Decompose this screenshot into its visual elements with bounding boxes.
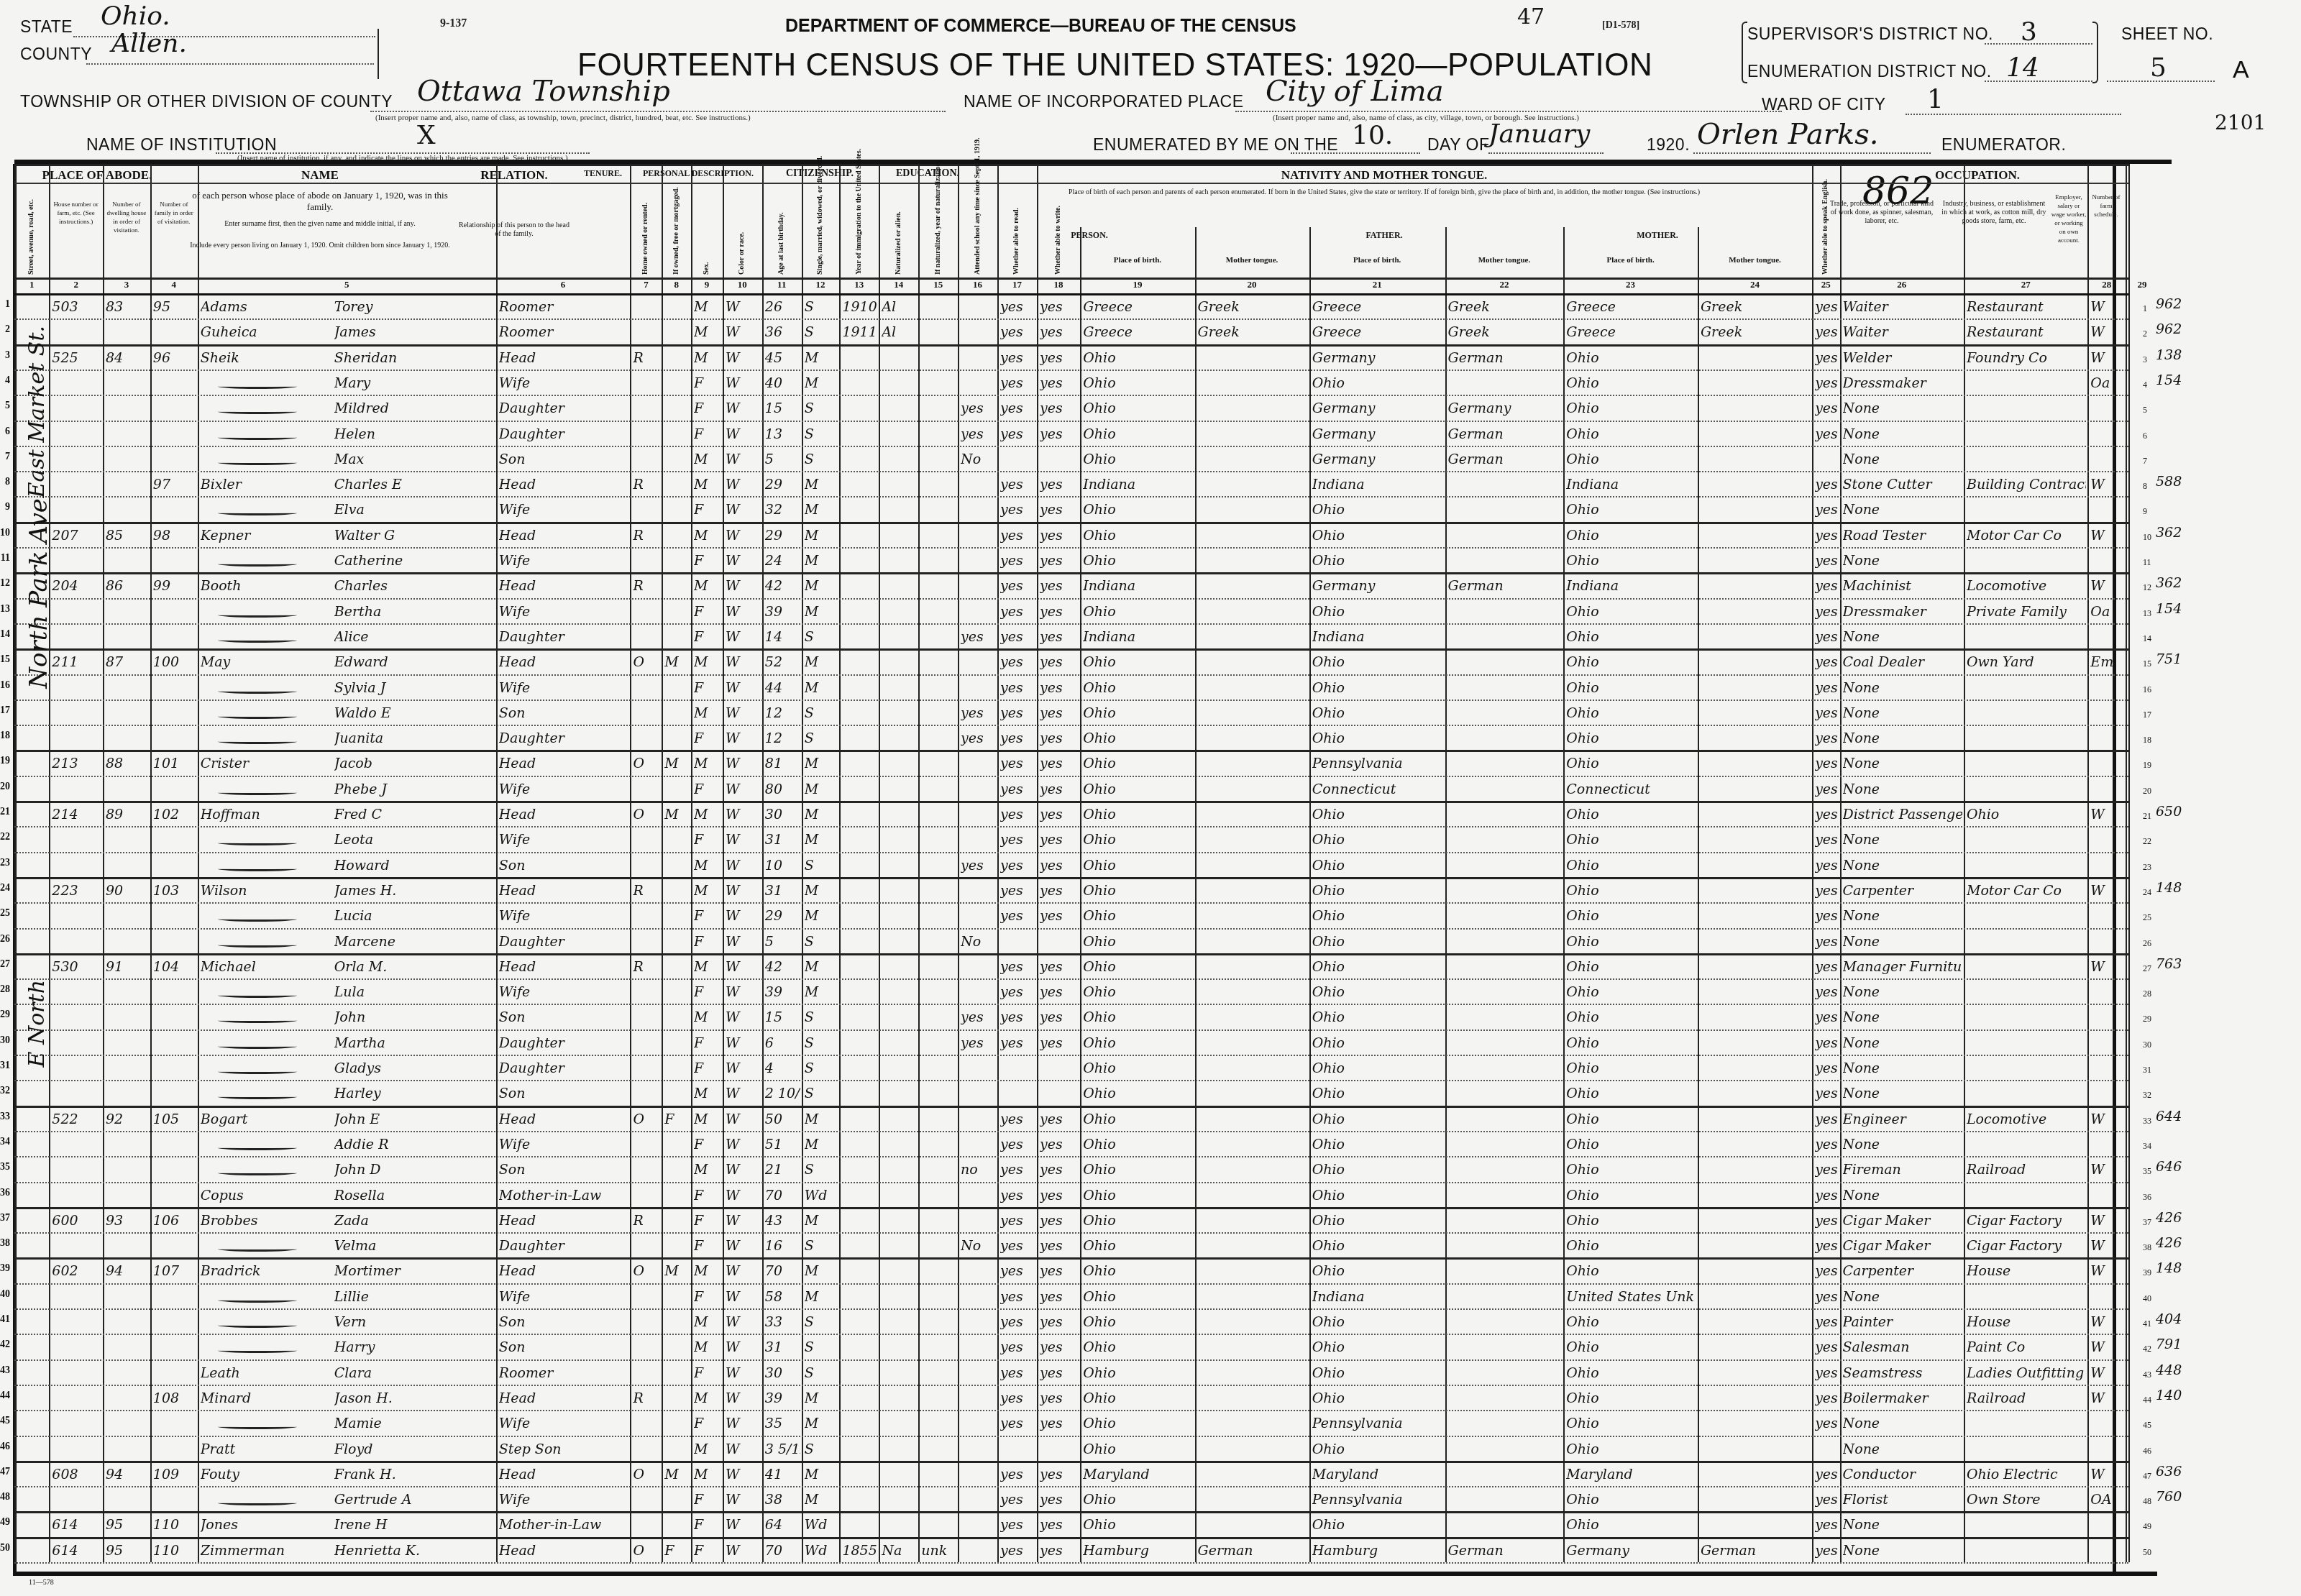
- english-cell[interactable]: yes: [1815, 1111, 1838, 1127]
- trade-cell[interactable]: None: [1843, 781, 1962, 797]
- ftongue-cell[interactable]: [1448, 502, 1563, 518]
- dwelling-number[interactable]: [106, 451, 149, 467]
- pob-cell[interactable]: Ohio: [1083, 502, 1193, 518]
- mpob-cell[interactable]: Ohio: [1566, 1213, 1696, 1229]
- natyr-cell[interactable]: [921, 908, 956, 924]
- race-cell[interactable]: W: [726, 1035, 761, 1051]
- tenure-cell[interactable]: [633, 1188, 660, 1203]
- natyr-cell[interactable]: [921, 375, 956, 391]
- nat-cell[interactable]: Al: [882, 324, 917, 340]
- mort-cell[interactable]: [664, 934, 690, 950]
- mpob-cell[interactable]: Ohio: [1566, 908, 1696, 924]
- ftongue-cell[interactable]: [1448, 705, 1563, 721]
- given-name[interactable]: Helen: [334, 426, 467, 442]
- surname[interactable]: May: [201, 654, 308, 670]
- tongue-cell[interactable]: [1198, 477, 1308, 492]
- natyr-cell[interactable]: [921, 654, 956, 670]
- industry-cell[interactable]: [1967, 451, 2086, 467]
- tenure-cell[interactable]: O: [633, 1467, 660, 1482]
- dwelling-number[interactable]: [106, 324, 149, 340]
- school-cell[interactable]: [961, 908, 996, 924]
- mort-cell[interactable]: [664, 1213, 690, 1229]
- family-number[interactable]: [153, 1035, 196, 1051]
- given-name[interactable]: Leota: [334, 832, 467, 848]
- natyr-cell[interactable]: [921, 1035, 956, 1051]
- relation-cell[interactable]: Wife: [499, 553, 629, 569]
- fpob-cell[interactable]: Ohio: [1312, 858, 1444, 873]
- nat-cell[interactable]: [882, 1263, 917, 1279]
- family-number[interactable]: 102: [153, 807, 196, 822]
- emp-cell[interactable]: [2090, 730, 2124, 746]
- ftongue-cell[interactable]: [1448, 375, 1563, 391]
- natyr-cell[interactable]: [921, 807, 956, 822]
- write-cell[interactable]: yes: [1040, 604, 1079, 620]
- given-name[interactable]: John E: [334, 1111, 467, 1127]
- tongue-cell[interactable]: [1198, 1467, 1308, 1482]
- sex-cell[interactable]: F: [694, 680, 721, 696]
- family-number[interactable]: 110: [153, 1517, 196, 1533]
- relation-cell[interactable]: Daughter: [499, 629, 629, 645]
- fpob-cell[interactable]: Greece: [1312, 299, 1444, 315]
- mtongue-cell[interactable]: [1701, 883, 1811, 899]
- house-number[interactable]: [52, 781, 101, 797]
- school-cell[interactable]: No: [961, 934, 996, 950]
- family-number[interactable]: [153, 858, 196, 873]
- marital-cell[interactable]: S: [805, 1086, 838, 1101]
- write-cell[interactable]: yes: [1040, 1009, 1079, 1025]
- school-cell[interactable]: [961, 1467, 996, 1482]
- race-cell[interactable]: W: [726, 324, 761, 340]
- mpob-cell[interactable]: Ohio: [1566, 375, 1696, 391]
- family-number[interactable]: [153, 984, 196, 1000]
- sex-cell[interactable]: F: [694, 984, 721, 1000]
- pob-cell[interactable]: Ohio: [1083, 984, 1193, 1000]
- tenure-cell[interactable]: [633, 730, 660, 746]
- family-number[interactable]: [153, 730, 196, 746]
- ftongue-cell[interactable]: [1448, 756, 1563, 771]
- dwelling-number[interactable]: 94: [106, 1263, 149, 1279]
- school-cell[interactable]: [961, 781, 996, 797]
- nat-cell[interactable]: [882, 1137, 917, 1152]
- tongue-cell[interactable]: [1198, 1441, 1308, 1457]
- house-number[interactable]: [52, 705, 101, 721]
- tenure-cell[interactable]: [633, 908, 660, 924]
- given-name[interactable]: Torey: [334, 299, 467, 315]
- english-cell[interactable]: yes: [1815, 832, 1838, 848]
- dwelling-number[interactable]: [106, 984, 149, 1000]
- mpob-cell[interactable]: Ohio: [1566, 1137, 1696, 1152]
- fpob-cell[interactable]: Ohio: [1312, 553, 1444, 569]
- trade-cell[interactable]: None: [1843, 1086, 1962, 1101]
- fpob-cell[interactable]: Ohio: [1312, 375, 1444, 391]
- english-cell[interactable]: yes: [1815, 908, 1838, 924]
- english-cell[interactable]: yes: [1815, 934, 1838, 950]
- age-cell[interactable]: 6: [765, 1035, 800, 1051]
- house-number[interactable]: [52, 1416, 101, 1431]
- sex-cell[interactable]: F: [694, 781, 721, 797]
- mtongue-cell[interactable]: [1701, 730, 1811, 746]
- tenure-cell[interactable]: [633, 553, 660, 569]
- dwelling-number[interactable]: 95: [106, 1543, 149, 1559]
- english-cell[interactable]: yes: [1815, 477, 1838, 492]
- write-cell[interactable]: yes: [1040, 705, 1079, 721]
- mort-cell[interactable]: [664, 1009, 690, 1025]
- trade-cell[interactable]: None: [1843, 1188, 1962, 1203]
- sex-cell[interactable]: F: [694, 629, 721, 645]
- industry-cell[interactable]: [1967, 426, 2086, 442]
- relation-cell[interactable]: Wife: [499, 1416, 629, 1431]
- english-cell[interactable]: yes: [1815, 1086, 1838, 1101]
- english-cell[interactable]: yes: [1815, 1492, 1838, 1508]
- natyr-cell[interactable]: [921, 1390, 956, 1406]
- mtongue-cell[interactable]: [1701, 1086, 1811, 1101]
- institution-value[interactable]: X: [417, 121, 436, 150]
- fpob-cell[interactable]: Ohio: [1312, 1162, 1444, 1178]
- english-cell[interactable]: yes: [1815, 578, 1838, 594]
- school-cell[interactable]: [961, 984, 996, 1000]
- pob-cell[interactable]: Ohio: [1083, 654, 1193, 670]
- immig-cell[interactable]: [842, 934, 877, 950]
- mtongue-cell[interactable]: [1701, 1314, 1811, 1330]
- english-cell[interactable]: yes: [1815, 1365, 1838, 1381]
- relation-cell[interactable]: Wife: [499, 680, 629, 696]
- read-cell[interactable]: yes: [1000, 1339, 1035, 1355]
- dwelling-number[interactable]: [106, 1390, 149, 1406]
- read-cell[interactable]: [1000, 934, 1035, 950]
- trade-cell[interactable]: Carpenter: [1843, 1263, 1962, 1279]
- english-cell[interactable]: yes: [1815, 426, 1838, 442]
- house-number[interactable]: 602: [52, 1263, 101, 1279]
- natyr-cell[interactable]: [921, 883, 956, 899]
- age-cell[interactable]: 4: [765, 1060, 800, 1076]
- read-cell[interactable]: [1000, 1060, 1035, 1076]
- english-cell[interactable]: yes: [1815, 959, 1838, 975]
- relation-cell[interactable]: Roomer: [499, 1365, 629, 1381]
- read-cell[interactable]: yes: [1000, 1035, 1035, 1051]
- family-number[interactable]: [153, 426, 196, 442]
- mtongue-cell[interactable]: [1701, 934, 1811, 950]
- surname[interactable]: Crister: [201, 756, 308, 771]
- fpob-cell[interactable]: Indiana: [1312, 477, 1444, 492]
- given-name[interactable]: Rosella: [334, 1188, 467, 1203]
- relation-cell[interactable]: Wife: [499, 1492, 629, 1508]
- mpob-cell[interactable]: Ohio: [1566, 1162, 1696, 1178]
- fpob-cell[interactable]: Ohio: [1312, 528, 1444, 544]
- mort-cell[interactable]: [664, 1441, 690, 1457]
- write-cell[interactable]: yes: [1040, 1314, 1079, 1330]
- mpob-cell[interactable]: Ohio: [1566, 451, 1696, 467]
- fpob-cell[interactable]: Ohio: [1312, 1517, 1444, 1533]
- school-cell[interactable]: yes: [961, 1035, 996, 1051]
- emp-cell[interactable]: W: [2090, 1339, 2124, 1355]
- mort-cell[interactable]: [664, 604, 690, 620]
- mpob-cell[interactable]: Ohio: [1566, 553, 1696, 569]
- given-name[interactable]: John D: [334, 1162, 467, 1178]
- house-number[interactable]: 522: [52, 1111, 101, 1127]
- read-cell[interactable]: yes: [1000, 959, 1035, 975]
- pob-cell[interactable]: Indiana: [1083, 477, 1193, 492]
- natyr-cell[interactable]: [921, 426, 956, 442]
- ftongue-cell[interactable]: [1448, 1390, 1563, 1406]
- mpob-cell[interactable]: Ohio: [1566, 1086, 1696, 1101]
- tenure-cell[interactable]: R: [633, 350, 660, 366]
- ftongue-cell[interactable]: [1448, 1517, 1563, 1533]
- given-name[interactable]: Walter G: [334, 528, 467, 544]
- emp-cell[interactable]: [2090, 1086, 2124, 1101]
- fpob-cell[interactable]: Germany: [1312, 400, 1444, 416]
- natyr-cell[interactable]: [921, 1441, 956, 1457]
- emp-cell[interactable]: [2090, 1035, 2124, 1051]
- immig-cell[interactable]: [842, 680, 877, 696]
- given-name[interactable]: Gertrude A: [334, 1492, 467, 1508]
- write-cell[interactable]: yes: [1040, 858, 1079, 873]
- marital-cell[interactable]: M: [805, 756, 838, 771]
- trade-cell[interactable]: None: [1843, 934, 1962, 950]
- read-cell[interactable]: yes: [1000, 1543, 1035, 1559]
- tongue-cell[interactable]: Greek: [1198, 299, 1308, 315]
- natyr-cell[interactable]: [921, 502, 956, 518]
- mort-cell[interactable]: [664, 324, 690, 340]
- school-cell[interactable]: [961, 756, 996, 771]
- write-cell[interactable]: [1040, 1441, 1079, 1457]
- industry-cell[interactable]: [1967, 1416, 2086, 1431]
- industry-cell[interactable]: [1967, 1441, 2086, 1457]
- race-cell[interactable]: W: [726, 1009, 761, 1025]
- write-cell[interactable]: yes: [1040, 350, 1079, 366]
- age-cell[interactable]: 42: [765, 959, 800, 975]
- mtongue-cell[interactable]: [1701, 705, 1811, 721]
- race-cell[interactable]: W: [726, 680, 761, 696]
- tenure-cell[interactable]: [633, 832, 660, 848]
- emp-cell[interactable]: [2090, 756, 2124, 771]
- mpob-cell[interactable]: Ohio: [1566, 832, 1696, 848]
- fpob-cell[interactable]: Ohio: [1312, 680, 1444, 696]
- tongue-cell[interactable]: [1198, 832, 1308, 848]
- pob-cell[interactable]: Ohio: [1083, 1060, 1193, 1076]
- given-name[interactable]: Catherine: [334, 553, 467, 569]
- industry-cell[interactable]: [1967, 832, 2086, 848]
- tongue-cell[interactable]: [1198, 451, 1308, 467]
- family-number[interactable]: [153, 1365, 196, 1381]
- tongue-cell[interactable]: [1198, 1339, 1308, 1355]
- relation-cell[interactable]: Son: [499, 1009, 629, 1025]
- dwelling-number[interactable]: [106, 858, 149, 873]
- pob-cell[interactable]: Greece: [1083, 299, 1193, 315]
- immig-cell[interactable]: [842, 477, 877, 492]
- house-number[interactable]: [52, 1035, 101, 1051]
- relation-cell[interactable]: Wife: [499, 832, 629, 848]
- tongue-cell[interactable]: Greek: [1198, 324, 1308, 340]
- sex-cell[interactable]: F: [694, 1060, 721, 1076]
- given-name[interactable]: Howard: [334, 858, 467, 873]
- mtongue-cell[interactable]: [1701, 1009, 1811, 1025]
- given-name[interactable]: Jacob: [334, 756, 467, 771]
- mtongue-cell[interactable]: [1701, 477, 1811, 492]
- age-cell[interactable]: 29: [765, 477, 800, 492]
- age-cell[interactable]: 31: [765, 1339, 800, 1355]
- english-cell[interactable]: yes: [1815, 1035, 1838, 1051]
- family-number[interactable]: 98: [153, 528, 196, 544]
- age-cell[interactable]: 81: [765, 756, 800, 771]
- tongue-cell[interactable]: [1198, 730, 1308, 746]
- given-name[interactable]: Harry: [334, 1339, 467, 1355]
- tongue-cell[interactable]: [1198, 756, 1308, 771]
- race-cell[interactable]: W: [726, 400, 761, 416]
- tongue-cell[interactable]: [1198, 1213, 1308, 1229]
- ftongue-cell[interactable]: [1448, 1188, 1563, 1203]
- immig-cell[interactable]: [842, 1086, 877, 1101]
- marital-cell[interactable]: S: [805, 426, 838, 442]
- age-cell[interactable]: 44: [765, 680, 800, 696]
- age-cell[interactable]: 50: [765, 1111, 800, 1127]
- marital-cell[interactable]: M: [805, 350, 838, 366]
- write-cell[interactable]: yes: [1040, 1492, 1079, 1508]
- surname[interactable]: Jones: [201, 1517, 308, 1533]
- marital-cell[interactable]: M: [805, 604, 838, 620]
- relation-cell[interactable]: Head: [499, 807, 629, 822]
- immig-cell[interactable]: [842, 781, 877, 797]
- tenure-cell[interactable]: [633, 984, 660, 1000]
- house-number[interactable]: [52, 1137, 101, 1152]
- english-cell[interactable]: yes: [1815, 807, 1838, 822]
- age-cell[interactable]: 13: [765, 426, 800, 442]
- mort-cell[interactable]: [664, 629, 690, 645]
- pob-cell[interactable]: Ohio: [1083, 1213, 1193, 1229]
- fpob-cell[interactable]: Ohio: [1312, 1339, 1444, 1355]
- mtongue-cell[interactable]: [1701, 680, 1811, 696]
- english-cell[interactable]: yes: [1815, 1543, 1838, 1559]
- tongue-cell[interactable]: [1198, 502, 1308, 518]
- dwelling-number[interactable]: [106, 375, 149, 391]
- dwelling-number[interactable]: [106, 604, 149, 620]
- relation-cell[interactable]: Head: [499, 350, 629, 366]
- pob-cell[interactable]: Ohio: [1083, 528, 1193, 544]
- write-cell[interactable]: yes: [1040, 1137, 1079, 1152]
- mort-cell[interactable]: [664, 299, 690, 315]
- house-number[interactable]: [52, 1009, 101, 1025]
- fpob-cell[interactable]: Ohio: [1312, 1060, 1444, 1076]
- fpob-cell[interactable]: Ohio: [1312, 1238, 1444, 1254]
- nat-cell[interactable]: [882, 1441, 917, 1457]
- school-cell[interactable]: yes: [961, 426, 996, 442]
- emp-cell[interactable]: W: [2090, 324, 2124, 340]
- read-cell[interactable]: yes: [1000, 730, 1035, 746]
- tongue-cell[interactable]: [1198, 426, 1308, 442]
- write-cell[interactable]: yes: [1040, 528, 1079, 544]
- school-cell[interactable]: yes: [961, 629, 996, 645]
- english-cell[interactable]: yes: [1815, 1416, 1838, 1431]
- surname[interactable]: Minard: [201, 1390, 308, 1406]
- mpob-cell[interactable]: Connecticut: [1566, 781, 1696, 797]
- house-number[interactable]: [52, 400, 101, 416]
- fpob-cell[interactable]: Germany: [1312, 578, 1444, 594]
- family-number[interactable]: [153, 1238, 196, 1254]
- dwelling-number[interactable]: [106, 1137, 149, 1152]
- mort-cell[interactable]: [664, 578, 690, 594]
- natyr-cell[interactable]: [921, 705, 956, 721]
- english-cell[interactable]: yes: [1815, 756, 1838, 771]
- given-name[interactable]: Lucia: [334, 908, 467, 924]
- house-number[interactable]: [52, 426, 101, 442]
- natyr-cell[interactable]: [921, 1416, 956, 1431]
- age-cell[interactable]: 30: [765, 1365, 800, 1381]
- race-cell[interactable]: W: [726, 451, 761, 467]
- family-number[interactable]: 96: [153, 350, 196, 366]
- ftongue-cell[interactable]: [1448, 604, 1563, 620]
- tongue-cell[interactable]: [1198, 1263, 1308, 1279]
- mtongue-cell[interactable]: Greek: [1701, 324, 1811, 340]
- trade-cell[interactable]: Cigar Maker: [1843, 1238, 1962, 1254]
- school-cell[interactable]: [961, 324, 996, 340]
- pob-cell[interactable]: Ohio: [1083, 934, 1193, 950]
- race-cell[interactable]: W: [726, 1060, 761, 1076]
- industry-cell[interactable]: House: [1967, 1314, 2086, 1330]
- pob-cell[interactable]: Ohio: [1083, 883, 1193, 899]
- family-number[interactable]: [153, 1314, 196, 1330]
- tongue-cell[interactable]: [1198, 858, 1308, 873]
- mpob-cell[interactable]: Ohio: [1566, 604, 1696, 620]
- relation-cell[interactable]: Step Son: [499, 1441, 629, 1457]
- mtongue-cell[interactable]: [1701, 1162, 1811, 1178]
- marital-cell[interactable]: M: [805, 680, 838, 696]
- natyr-cell[interactable]: [921, 553, 956, 569]
- english-cell[interactable]: [1815, 1441, 1838, 1457]
- mtongue-cell[interactable]: [1701, 1213, 1811, 1229]
- tongue-cell[interactable]: [1198, 400, 1308, 416]
- mtongue-cell[interactable]: [1701, 578, 1811, 594]
- mort-cell[interactable]: [664, 451, 690, 467]
- industry-cell[interactable]: [1967, 1009, 2086, 1025]
- school-cell[interactable]: [961, 1188, 996, 1203]
- mpob-cell[interactable]: Ohio: [1566, 756, 1696, 771]
- marital-cell[interactable]: M: [805, 1492, 838, 1508]
- sex-cell[interactable]: F: [694, 604, 721, 620]
- mpob-cell[interactable]: Ohio: [1566, 1416, 1696, 1431]
- immig-cell[interactable]: [842, 426, 877, 442]
- trade-cell[interactable]: None: [1843, 400, 1962, 416]
- surname[interactable]: Sheik: [201, 350, 308, 366]
- township-value[interactable]: Ottawa Township: [417, 75, 670, 108]
- mpob-cell[interactable]: Ohio: [1566, 1365, 1696, 1381]
- nat-cell[interactable]: [882, 1086, 917, 1101]
- house-number[interactable]: [52, 858, 101, 873]
- house-number[interactable]: 211: [52, 654, 101, 670]
- natyr-cell[interactable]: [921, 984, 956, 1000]
- relation-cell[interactable]: Head: [499, 756, 629, 771]
- marital-cell[interactable]: M: [805, 1213, 838, 1229]
- mort-cell[interactable]: [664, 1365, 690, 1381]
- english-cell[interactable]: yes: [1815, 883, 1838, 899]
- mort-cell[interactable]: [664, 1314, 690, 1330]
- house-number[interactable]: 614: [52, 1517, 101, 1533]
- family-number[interactable]: [153, 400, 196, 416]
- relation-cell[interactable]: Wife: [499, 908, 629, 924]
- dwelling-number[interactable]: [106, 1441, 149, 1457]
- ftongue-cell[interactable]: [1448, 1339, 1563, 1355]
- mtongue-cell[interactable]: German: [1701, 1543, 1811, 1559]
- natyr-cell[interactable]: [921, 1086, 956, 1101]
- natyr-cell[interactable]: [921, 1339, 956, 1355]
- fpob-cell[interactable]: Ohio: [1312, 1390, 1444, 1406]
- ftongue-cell[interactable]: [1448, 959, 1563, 975]
- school-cell[interactable]: [961, 604, 996, 620]
- mpob-cell[interactable]: Ohio: [1566, 730, 1696, 746]
- given-name[interactable]: Lillie: [334, 1289, 467, 1305]
- relation-cell[interactable]: Wife: [499, 984, 629, 1000]
- mtongue-cell[interactable]: [1701, 1517, 1811, 1533]
- mtongue-cell[interactable]: [1701, 1339, 1811, 1355]
- trade-cell[interactable]: None: [1843, 680, 1962, 696]
